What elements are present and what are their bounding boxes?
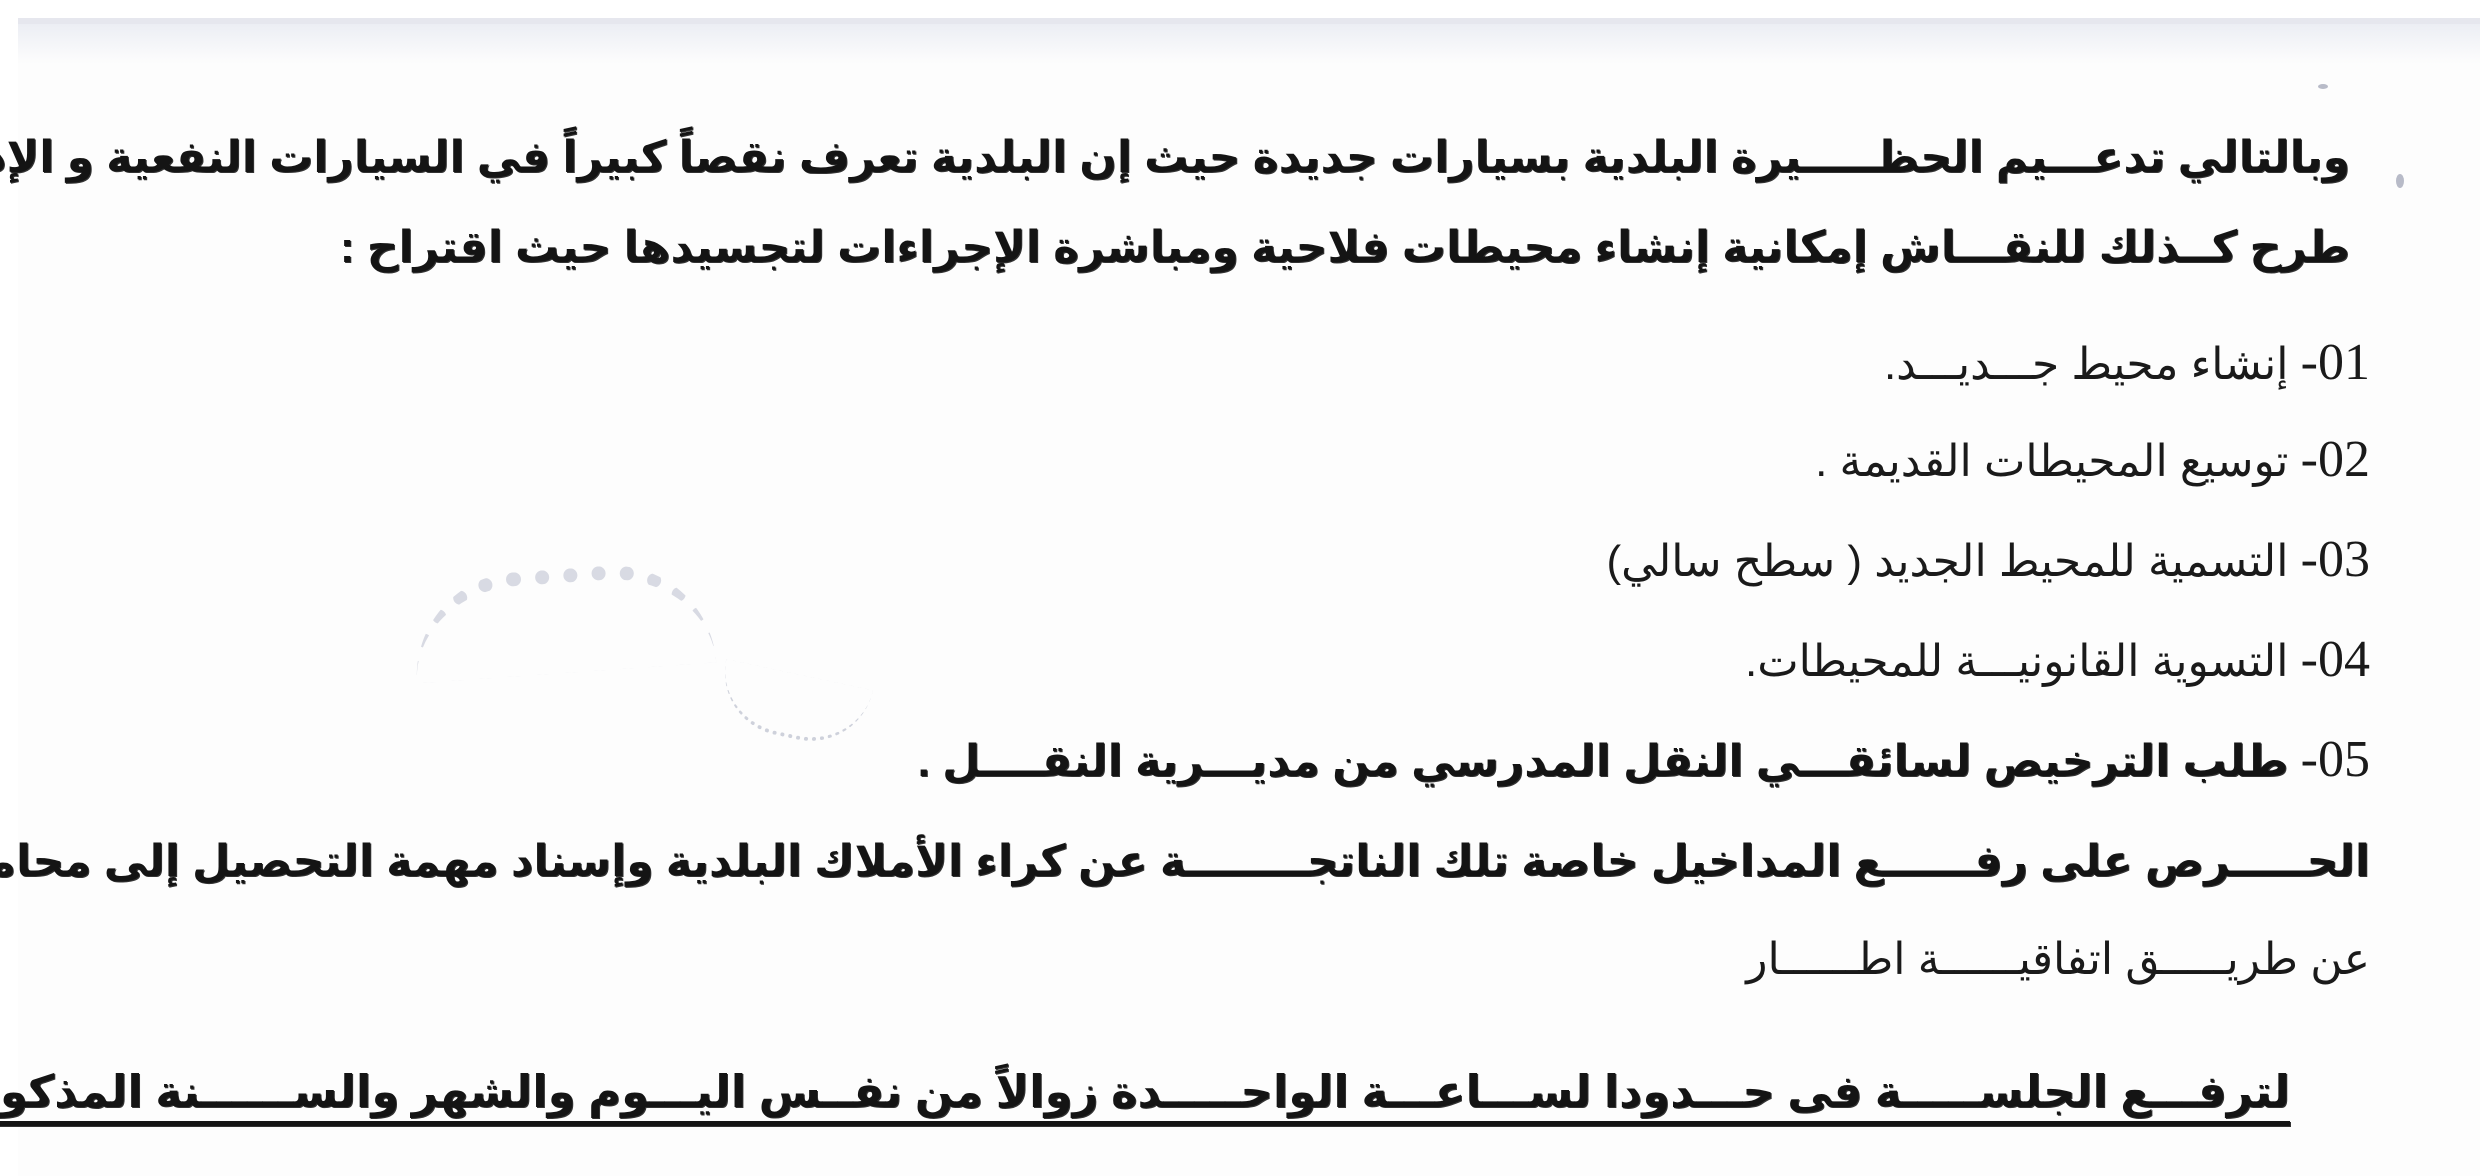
proposal-number: 05-	[2301, 731, 2370, 788]
scanned-document-page	[18, 18, 2480, 1176]
proposal-number: 01-	[2301, 334, 2370, 391]
scan-smudge-mark	[410, 559, 717, 684]
proposal-item-01: 01- إنشاء محيط جـــديـــد.	[1884, 333, 2370, 395]
scan-smudge-mark	[713, 659, 873, 753]
proposal-item-03: 03- التسمية للمحيط الجديد ( سطح سالي)	[1607, 530, 2371, 592]
paragraph-line-revenue: الحـــــرص على رفــــــع المداخيل خاصة ت…	[0, 832, 2370, 892]
proposal-text: التسمية للمحيط الجديد ( سطح سالي)	[1607, 537, 2289, 586]
closing-statement: لترفـــع الجلســـــة فى حـــدودا لســـاع…	[0, 1062, 2290, 1122]
paragraph-line-agricultural-proposal: طرح كــذلك للنقـــاش إمكانية إنشاء محيطا…	[340, 218, 2350, 278]
paragraph-line-framework-agreement: عن طريـــــق اتفاقيــــــة اطــــــار	[1746, 930, 2370, 990]
scan-speck	[2396, 174, 2404, 188]
proposal-text: التسوية القانونيـــة للمحيطات.	[1745, 637, 2288, 686]
scan-edge-shading	[18, 24, 2480, 64]
proposal-number: 02-	[2301, 431, 2370, 488]
proposal-number: 03-	[2301, 531, 2370, 588]
scan-speck	[2318, 84, 2328, 89]
proposal-number: 04-	[2301, 631, 2370, 688]
proposal-text: طلب الترخيص لسائقـــي النقل المدرسي من م…	[918, 737, 2289, 786]
proposal-text: توسيع المحيطات القديمة .	[1815, 437, 2288, 486]
proposal-item-02: 02- توسيع المحيطات القديمة .	[1815, 430, 2370, 492]
proposal-text: إنشاء محيط جـــديـــد.	[1884, 340, 2289, 389]
proposal-item-04: 04- التسوية القانونيـــة للمحيطات.	[1745, 630, 2370, 692]
paragraph-line-vehicles: وبالتالي تدعـــيم الحظـــــيرة البلدية ب…	[0, 128, 2350, 188]
proposal-item-05: 05- طلب الترخيص لسائقـــي النقل المدرسي …	[918, 730, 2370, 792]
